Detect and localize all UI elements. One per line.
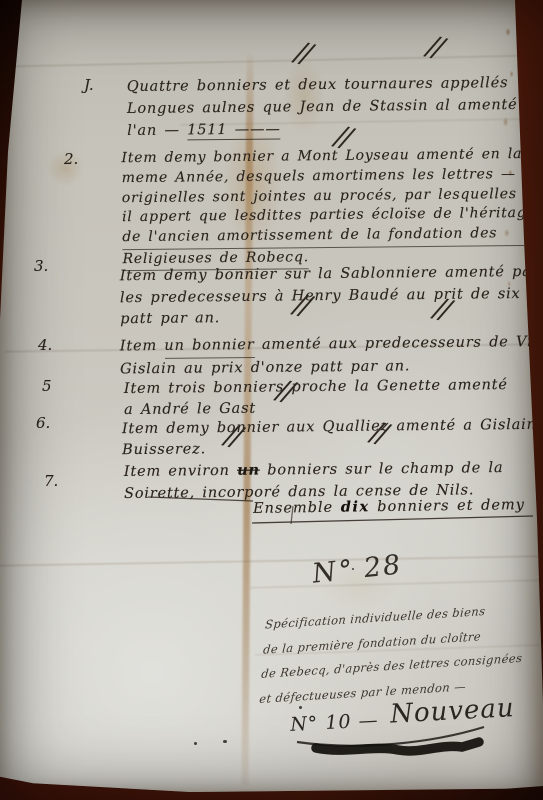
horizontal-fold-crease <box>10 55 530 68</box>
year-line-prefix: l'an — <box>127 122 187 139</box>
margin-number-7: 7. <box>44 472 58 490</box>
register-entry-2: Item demy bonnier a Mont Loyseau amenté … <box>121 145 536 271</box>
total-amount-word: dix <box>341 498 370 515</box>
total-sum-line: Ensemble dix bonniers et demy <box>253 496 525 517</box>
archive-number-heading: N° 28 <box>311 549 403 590</box>
underlined-phrase: un bonnier <box>164 335 254 358</box>
entry-text: Item environ <box>124 463 237 480</box>
footer-number: N° 10 — <box>290 709 379 736</box>
entry-line: Item un bonnier amenté aux predecesseurs… <box>120 332 543 359</box>
entry-line: Item demy bonnier aux Qualliez amenté a … <box>122 415 537 440</box>
register-entry-5: Item trois bonniers proche la Genette am… <box>124 375 508 421</box>
ditto-slash-mark: // <box>292 35 312 70</box>
entry-line: Longues aulnes que Jean de Stassin al am… <box>127 94 518 120</box>
struck-word: un <box>237 462 260 479</box>
entry-line: Item environ un bonniers sur le champ de… <box>124 457 504 483</box>
margin-number-3: 3. <box>34 257 48 275</box>
horizontal-fold-crease <box>0 555 540 566</box>
manuscript-paper: J. 2. 3. 4. 5 6. 7. Quattre bonniers et … <box>0 0 543 800</box>
entry-text: amenté aux predecesseurs de Vincent <box>254 334 543 353</box>
total-text: Ensemble <box>253 500 341 517</box>
register-entry-3: Item demy bonnier sur la Sablonniere ame… <box>120 262 540 331</box>
margin-number-6: 6. <box>36 414 50 432</box>
ditto-slash-mark: // <box>424 29 444 64</box>
entry-text: Item <box>120 338 165 354</box>
register-entry-1: Quattre bonniers et deux tournaures appe… <box>127 72 518 142</box>
ink-speck <box>223 740 227 743</box>
margin-number-1: J. <box>84 76 94 94</box>
underlined-year: 1511 ——— <box>187 121 281 140</box>
total-text: bonniers et demy <box>370 497 526 515</box>
entry-line: l'an — 1511 ——— <box>127 116 518 142</box>
entry-line: Item trois bonniers proche la Genette am… <box>124 375 508 400</box>
entry-line: patt par an. <box>120 305 540 331</box>
manuscript-photo: J. 2. 3. 4. 5 6. 7. Quattre bonniers et … <box>0 0 543 800</box>
entry-text: bonniers sur le champ de la <box>260 460 504 479</box>
register-entry-4: Item un bonnier amenté aux predecesseurs… <box>120 332 543 381</box>
margin-number-5: 5 <box>42 377 52 395</box>
margin-number-2: 2. <box>64 150 78 168</box>
footer-word: Nouveau <box>389 693 515 729</box>
entry-line: les predecesseurs à Henry Baudé au prit … <box>120 283 540 309</box>
ink-speck <box>194 742 197 745</box>
margin-number-4: 4. <box>38 336 52 354</box>
register-entry-6: Item demy bonnier aux Qualliez amenté a … <box>122 415 537 461</box>
